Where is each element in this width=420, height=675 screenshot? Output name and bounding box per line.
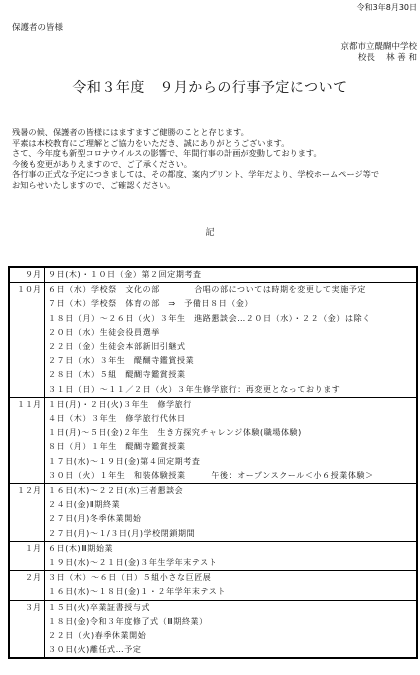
schedule-row: ２４日(金)Ⅱ期終業 [9, 498, 417, 512]
event-cell: ９日(木)・１０日（金）第２回定期考査 [45, 267, 418, 283]
event-cell: １６日(木)～２２日(水)三者懇談会 [45, 484, 418, 499]
schedule-table: ９月９日(木)・１０日（金）第２回定期考査１０月６日（水）学校祭 文化の部 合唱… [8, 266, 418, 659]
event-cell: ２８日（木）５組 醍醐寺鑑賞授業 [45, 368, 418, 382]
event-cell: １９日(水)～２１日(金)３年生学年末テスト [45, 556, 418, 571]
schedule-row: ３月１５日(火)卒業証書授与式 [9, 600, 417, 615]
sender-block: 京都市立醍醐中学校 校長 林 善 和 [340, 42, 417, 64]
document-date: 令和3年8月30日 [357, 2, 417, 13]
schedule-row: ２月３日（木）～６日（日）５組小さな巨匠展 [9, 571, 417, 586]
body-line: 残暑の候、保護者の皆様にはますますご健勝のことと存じます。 [12, 127, 379, 138]
schedule-row: ２２日（金）生徒会本部新旧引継式 [9, 340, 417, 354]
body-line: さて、今年度も新型コロナウイルスの影響で、年間行事の計画が変動しております。 [12, 148, 379, 159]
event-cell: ６日(木)Ⅲ期始業 [45, 541, 418, 556]
event-cell: ３０日(火)離任式…予定 [45, 643, 418, 658]
event-cell: ２２日（火)春季休業開始 [45, 629, 418, 643]
schedule-row: ２７日(月)～１/３日(月)学校閉鎖期間 [9, 527, 417, 542]
month-cell: １２月 [9, 484, 45, 542]
schedule-row: ８日（月）１年生 醍醐寺鑑賞授業 [9, 440, 417, 454]
schedule-row: １９日(水)～２１日(金)３年生学年末テスト [9, 556, 417, 571]
schedule-row: ２７日(月)冬季休業開始 [9, 512, 417, 526]
schedule-row: １日(月)～５日(金)２年生 生き方探究チャレンジ体験(職場体験) [9, 426, 417, 440]
event-cell: １７日(水)～１９日(金)第４回定期考査 [45, 455, 418, 469]
event-cell: ３日（木）～６日（日）５組小さな巨匠展 [45, 571, 418, 586]
body-line: 平素は本校教育にご理解とご協力をいただき、誠にありがとうございます。 [12, 138, 379, 149]
schedule-row: １８日（月）～２６日（火）３年生 進路懇談会…２０日（水）・２２（金）は除く [9, 312, 417, 326]
event-cell: ２７日(月)～１/３日(月)学校閉鎖期間 [45, 527, 418, 542]
event-cell: １８日（月）～２６日（火）３年生 進路懇談会…２０日（水）・２２（金）は除く [45, 312, 418, 326]
event-cell: ８日（月）１年生 醍醐寺鑑賞授業 [45, 440, 418, 454]
event-cell: ３１日（日）～１１／２日（火）３年生修学旅行：再変更となっております [45, 383, 418, 398]
schedule-row: １０月６日（水）学校祭 文化の部 合唱の部については時期を変更して実施予定 [9, 283, 417, 298]
event-cell: ３０日（火）１年生 和装体験授業 午後：オープンスクール＜小６授業体験＞ [45, 469, 418, 484]
schedule-row: ３０日(火)離任式…予定 [9, 643, 417, 658]
month-cell: ３月 [9, 600, 45, 658]
schedule-row: ９月９日(木)・１０日（金）第２回定期考査 [9, 267, 417, 283]
event-cell: ６日（水）学校祭 文化の部 合唱の部については時期を変更して実施予定 [45, 283, 418, 298]
event-cell: １日(月)・２日(火)３年生 修学旅行 [45, 397, 418, 412]
event-cell: １８日(金)令和３年度修了式（Ⅲ期終業） [45, 615, 418, 629]
schedule-row: ２２日（火)春季休業開始 [9, 629, 417, 643]
schedule-row: ４日（木）３年生 修学旅行代休日 [9, 412, 417, 426]
schedule-row: ２０日（水）生徒会役員選挙 [9, 326, 417, 340]
event-cell: ７日（木）学校祭 体育の部 ⇒ 予備日８日（金） [45, 297, 418, 311]
schedule-row: １２月１６日(木)～２２日(水)三者懇談会 [9, 484, 417, 499]
event-cell: １５日(火)卒業証書授与式 [45, 600, 418, 615]
sender-principal: 校長 林 善 和 [340, 53, 417, 64]
schedule-body: ９月９日(木)・１０日（金）第２回定期考査１０月６日（水）学校祭 文化の部 合唱… [9, 267, 417, 658]
schedule-row: １月６日(木)Ⅲ期始業 [9, 541, 417, 556]
schedule-row: １６日(水)～１８日(金)１・２年学年末テスト [9, 585, 417, 600]
schedule-row: ３０日（火）１年生 和装体験授業 午後：オープンスクール＜小６授業体験＞ [9, 469, 417, 484]
month-cell: １０月 [9, 283, 45, 398]
month-cell: ９月 [9, 267, 45, 283]
event-cell: ４日（木）３年生 修学旅行代休日 [45, 412, 418, 426]
body-line: 各行事の正式な予定につきましては、その都度、案内プリント、学年だより、学校ホーム… [12, 169, 379, 180]
month-cell: ２月 [9, 571, 45, 600]
event-cell: ２４日(金)Ⅱ期終業 [45, 498, 418, 512]
ki-heading: 記 [0, 225, 420, 238]
document-title: 令和３年度 ９月からの行事予定について [0, 77, 420, 97]
schedule-row: １７日(水)～１９日(金)第４回定期考査 [9, 455, 417, 469]
schedule-row: ３１日（日）～１１／２日（火）３年生修学旅行：再変更となっております [9, 383, 417, 398]
body-line: 今後も変更がありえますので、ご了承ください。 [12, 159, 379, 170]
event-cell: ２７日(月)冬季休業開始 [45, 512, 418, 526]
event-cell: ２０日（水）生徒会役員選挙 [45, 326, 418, 340]
body-line: お知らせいたしますので、ご確認ください。 [12, 180, 379, 191]
month-cell: １１月 [9, 397, 45, 483]
sender-school: 京都市立醍醐中学校 [340, 42, 417, 53]
schedule-row: ２７日（水）３年生 醍醐寺鑑賞授業 [9, 354, 417, 368]
body-text: 残暑の候、保護者の皆様にはますますご健勝のことと存じます。 平素は本校教育にご理… [12, 127, 379, 191]
event-cell: １６日(水)～１８日(金)１・２年学年末テスト [45, 585, 418, 600]
schedule-row: ２８日（木）５組 醍醐寺鑑賞授業 [9, 368, 417, 382]
schedule-row: １１月１日(月)・２日(火)３年生 修学旅行 [9, 397, 417, 412]
event-cell: １日(月)～５日(金)２年生 生き方探究チャレンジ体験(職場体験) [45, 426, 418, 440]
month-cell: １月 [9, 541, 45, 570]
recipient: 保護者の皆様 [12, 21, 63, 33]
event-cell: ２２日（金）生徒会本部新旧引継式 [45, 340, 418, 354]
schedule-row: ７日（木）学校祭 体育の部 ⇒ 予備日８日（金） [9, 297, 417, 311]
schedule-row: １８日(金)令和３年度修了式（Ⅲ期終業） [9, 615, 417, 629]
event-cell: ２７日（水）３年生 醍醐寺鑑賞授業 [45, 354, 418, 368]
